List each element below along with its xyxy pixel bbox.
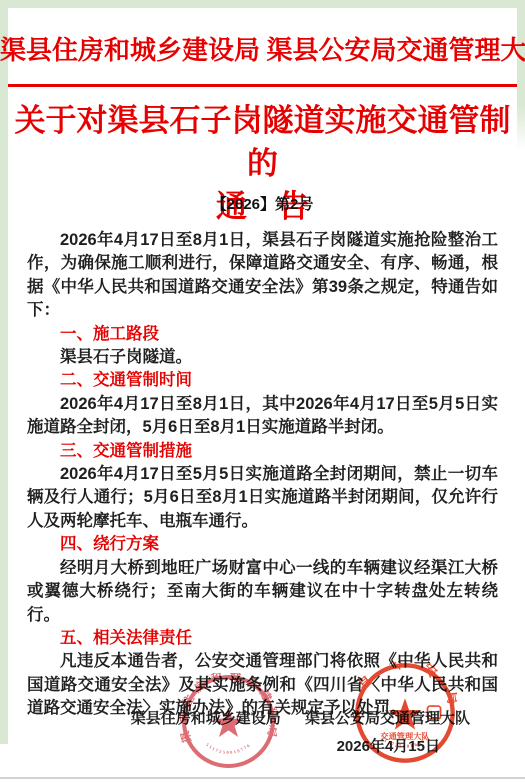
intro-paragraph: 2026年4月17日至8月1日，渠县石子岗隧道实施抢险整治工作，为确保施工顺利进… [27,229,498,323]
seal-inner-text: 交通管理大队 [380,731,430,741]
photo-margin-top [0,0,525,8]
section-4-paragraph: 经明月大桥到地旺广场财富中心一线的车辆建议经渠江大桥或翼德大桥绕行；至南大街的车… [27,557,498,627]
star-icon [213,708,244,737]
seal-code-text: 5117250019776 [205,742,252,755]
notice-title-line1: 关于对渠县石子岗隧道实施交通管制的 [0,99,525,185]
notice-body: 2026年4月17日至8月1日，渠县石子岗隧道实施抢险整治工作，为确保施工顺利进… [27,229,498,721]
svg-text:5117250019776: 5117250019776 [205,742,252,755]
section-4-heading: 四、绕行方案 [27,533,498,556]
section-3-paragraph: 2026年4月17日至5月5日实施道路全封闭期间，禁止一切车辆及行人通行；5月6… [27,463,498,533]
doc-number: 【2026】第2号 [0,193,525,214]
section-1-heading: 一、施工路段 [27,323,498,346]
section-5-heading: 五、相关法律责任 [27,627,498,650]
header-org-line: 渠县住房和城乡建设局 渠县公安局交通管理大队 [0,30,525,67]
seal-badge-icon [428,706,441,719]
section-2-heading: 二、交通管制时间 [27,369,498,392]
seal-housing-bureau: 渠县住房和城乡建设局 5117250019776 [180,673,277,770]
section-2-paragraph: 2026年4月17日至8月1日，其中2026年4月17日至5月5日实施道路全封闭… [27,393,498,440]
section-3-heading: 三、交通管制措施 [27,440,498,463]
header-divider [8,84,517,87]
page-bottom-edge [0,777,525,779]
seal-police-traffic-brigade: 渠县公安局 交通管理大队 5117250086931 [353,661,457,765]
notice-page: 渠县住房和城乡建设局 渠县公安局交通管理大队 关于对渠县石子岗隧道实施交通管制的… [0,0,525,784]
star-icon [389,698,422,729]
section-1-paragraph: 渠县石子岗隧道。 [27,346,498,369]
